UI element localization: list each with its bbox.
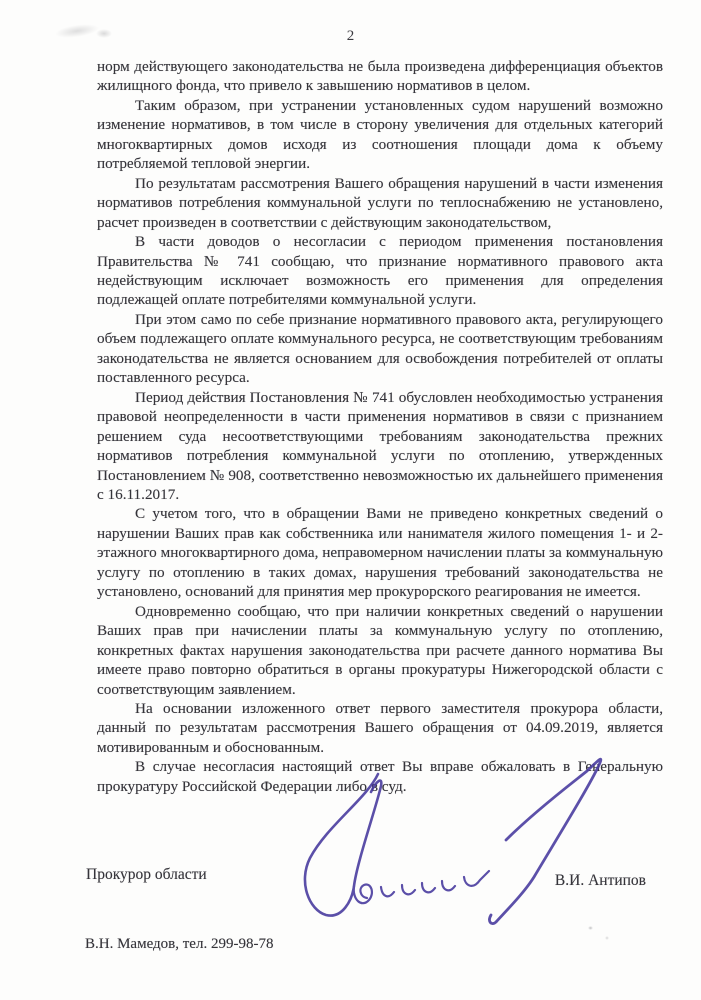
executor-contact: В.Н. Мамедов, тел. 299-98-78 — [85, 936, 273, 953]
paragraph: Одновременно сообщаю, что при наличии ко… — [97, 602, 663, 699]
scanned-letter-page: 2 норм действующего законодательства не … — [0, 0, 701, 1000]
paragraph: В случае несогласия настоящий ответ Вы в… — [97, 757, 663, 796]
paragraph: При этом само по себе признание норматив… — [97, 310, 663, 388]
paragraph: Период действия Постановления № 741 обус… — [97, 388, 663, 505]
scan-speck — [605, 936, 609, 940]
paragraph: На основании изложенного ответ первого з… — [97, 699, 663, 757]
paragraph: В части доводов о несогласии с периодом … — [97, 232, 663, 310]
scan-speck — [588, 926, 593, 930]
signoff-role: Прокурор области — [86, 866, 207, 884]
paragraph: Таким образом, при устранении установлен… — [97, 96, 663, 174]
signoff-name: В.И. Антипов — [555, 866, 646, 890]
paragraph-continuation: норм действующего законодательства не бы… — [97, 57, 663, 96]
page-number: 2 — [0, 28, 701, 45]
paragraph: По результатам рассмотрения Вашего обращ… — [97, 174, 663, 232]
signoff-row: Прокурор области В.И. Антипов — [86, 866, 646, 890]
paragraph: С учетом того, что в обращении Вами не п… — [97, 504, 663, 601]
letter-body: норм действующего законодательства не бы… — [97, 57, 663, 796]
